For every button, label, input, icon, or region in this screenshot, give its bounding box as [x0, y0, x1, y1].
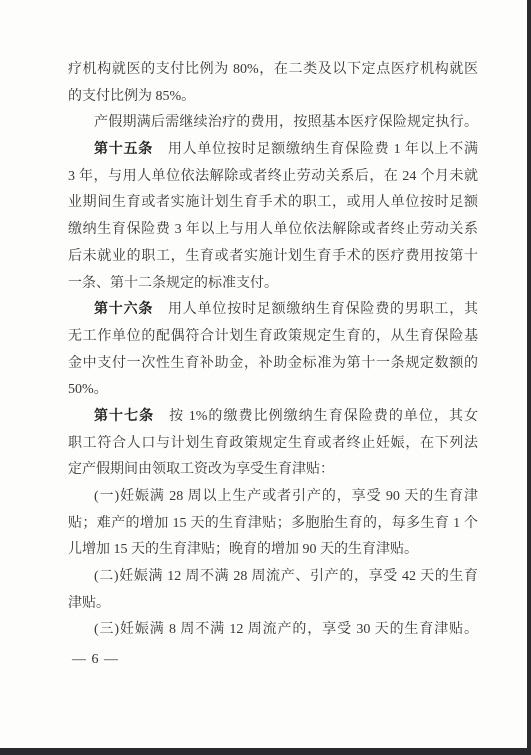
document-page: 疗机构就医的支付比例为 80%，在二类及以下定点医疗机构就医 的支付比例为 85…	[0, 0, 531, 755]
line-text: 的支付比例为 85%。	[68, 89, 195, 104]
line-text: 后未就业的职工，生育或者实施计划生育手术的医疗费用按第十	[68, 249, 478, 264]
document-line: 3 年，与用人单位依法解除或者终止劳动关系后，在 24 个月未就	[68, 164, 478, 191]
document-line: (二)妊娠满 12 周不满 28 周流产、引产的，享受 42 天的生育	[68, 564, 478, 591]
line-text: 缴纳生育保险费 3 年以上与用人单位依法解除或者终止劳动关系	[68, 222, 478, 237]
line-text: (一)妊娠满 28 周以上生产或者引产的，享受 90 天的生育津	[94, 489, 478, 504]
document-line: 业期间生育或者实施计划生育手术的职工，或用人单位按时足额	[68, 190, 478, 217]
scan-edge-right	[527, 0, 531, 755]
document-line: 津贴。	[68, 591, 478, 618]
line-text: 50%。	[68, 382, 108, 397]
document-body: 疗机构就医的支付比例为 80%，在二类及以下定点医疗机构就医 的支付比例为 85…	[68, 57, 478, 644]
document-line: 第十六条 用人单位按时足额缴纳生育保险费的男职工，其	[68, 297, 478, 324]
scan-edge-bottom	[0, 748, 531, 755]
line-text: 业期间生育或者实施计划生育手术的职工，或用人单位按时足额	[68, 195, 478, 210]
line-text: 产假期满后需继续治疗的费用，按照基本医疗保险规定执行。	[94, 115, 478, 130]
line-text: 按 1%的缴费比例缴纳生育保险费的单位，其女	[154, 409, 478, 424]
document-line: 定产假期间由领取工资改为享受生育津贴：	[68, 457, 478, 484]
document-line: 职工符合人口与计划生育政策规定生育或者终止妊娠，在下列法	[68, 431, 478, 458]
document-line: 第十五条 用人单位按时足额缴纳生育保险费 1 年以上不满	[68, 137, 478, 164]
document-line: 贴；难产的增加 15 天的生育津贴；多胞胎生育的，每多生育 1 个婴	[68, 511, 478, 538]
line-text: 职工符合人口与计划生育政策规定生育或者终止妊娠，在下列法	[68, 436, 478, 451]
document-line: 后未就业的职工，生育或者实施计划生育手术的医疗费用按第十	[68, 244, 478, 271]
article-17-heading: 第十七条	[94, 409, 154, 424]
page-number: — 6 —	[72, 648, 119, 672]
line-text: 3 年，与用人单位依法解除或者终止劳动关系后，在 24 个月未就	[68, 169, 478, 184]
line-text: 津贴。	[68, 596, 110, 611]
line-text: 一条、第十二条规定的标准支付。	[68, 276, 278, 291]
line-text: 疗机构就医的支付比例为 80%，在二类及以下定点医疗机构就医	[68, 62, 478, 77]
line-text: (二)妊娠满 12 周不满 28 周流产、引产的，享受 42 天的生育	[94, 569, 478, 584]
article-16-heading: 第十六条	[94, 302, 153, 317]
document-line: 金中支付一次性生育补助金，补助金标准为第十一条规定数额的	[68, 351, 478, 378]
line-text: 用人单位按时足额缴纳生育保险费的男职工，其	[153, 302, 478, 317]
line-text: 无工作单位的配偶符合计划生育政策规定生育的，从生育保险基	[68, 329, 478, 344]
line-text: 儿增加 15 天的生育津贴；晚育的增加 90 天的生育津贴。	[68, 542, 418, 557]
document-line: 疗机构就医的支付比例为 80%，在二类及以下定点医疗机构就医	[68, 57, 478, 84]
document-line: 产假期满后需继续治疗的费用，按照基本医疗保险规定执行。	[68, 110, 478, 137]
line-text: 定产假期间由领取工资改为享受生育津贴：	[68, 462, 334, 477]
document-line: 50%。	[68, 377, 478, 404]
document-line: 儿增加 15 天的生育津贴；晚育的增加 90 天的生育津贴。	[68, 537, 478, 564]
document-line: (一)妊娠满 28 周以上生产或者引产的，享受 90 天的生育津	[68, 484, 478, 511]
document-line: 无工作单位的配偶符合计划生育政策规定生育的，从生育保险基	[68, 324, 478, 351]
document-line: 缴纳生育保险费 3 年以上与用人单位依法解除或者终止劳动关系	[68, 217, 478, 244]
article-15-heading: 第十五条	[94, 142, 153, 157]
document-line: (三)妊娠满 8 周不满 12 周流产的，享受 30 天的生育津贴。	[68, 617, 478, 644]
document-line: 第十七条 按 1%的缴费比例缴纳生育保险费的单位，其女	[68, 404, 478, 431]
line-text: 金中支付一次性生育补助金，补助金标准为第十一条规定数额的	[68, 356, 478, 371]
line-text: 贴；难产的增加 15 天的生育津贴；多胞胎生育的，每多生育 1 个婴	[68, 516, 478, 538]
line-text: 用人单位按时足额缴纳生育保险费 1 年以上不满	[153, 142, 478, 157]
document-line: 一条、第十二条规定的标准支付。	[68, 271, 478, 298]
document-line: 的支付比例为 85%。	[68, 84, 478, 111]
line-text: (三)妊娠满 8 周不满 12 周流产的，享受 30 天的生育津贴。	[94, 622, 478, 637]
